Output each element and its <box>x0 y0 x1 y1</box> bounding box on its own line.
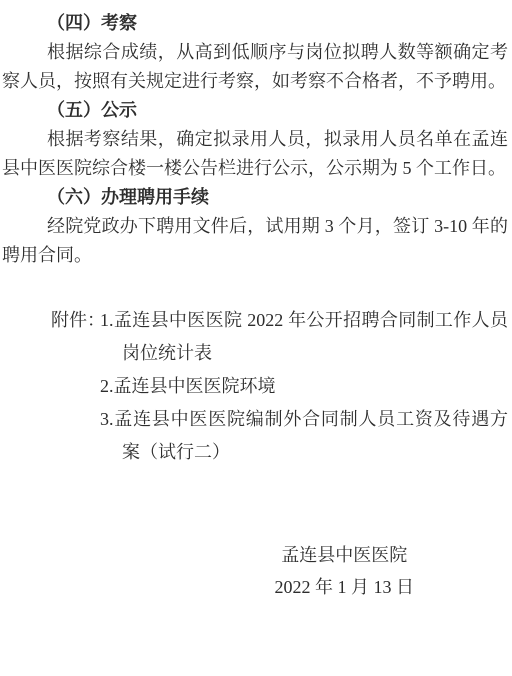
attachment-item-2: 2.孟连县中医医院环境 <box>100 370 508 403</box>
attachments-label: 附件： <box>51 304 105 337</box>
signature-date: 2022 年 1 月 13 日 <box>275 571 415 603</box>
attachment-item-1: 1.孟连县中医医院 2022 年公开招聘合同制工作人员岗位统计表 <box>100 304 508 370</box>
section-body-inspection: 根据综合成绩，从高到低顺序与岗位拟聘人数等额确定考察人员，按照有关规定进行考察，… <box>2 38 508 96</box>
section-body-publicity: 根据考察结果，确定拟录用人员，拟录用人员名单在孟连县中医医院综合楼一楼公告栏进行… <box>2 125 508 183</box>
section-heading-inspection: （四）考察 <box>2 9 508 38</box>
signature-block: 孟连县中医医院 2022 年 1 月 13 日 <box>275 539 415 603</box>
signature-organization: 孟连县中医医院 <box>275 539 415 571</box>
attachments-block: 附件： 1.孟连县中医医院 2022 年公开招聘合同制工作人员岗位统计表 2.孟… <box>2 304 508 469</box>
section-heading-publicity: （五）公示 <box>2 96 508 125</box>
attachment-item-3: 3.孟连县中医医院编制外合同制人员工资及待遇方案（试行二） <box>100 403 508 469</box>
section-heading-hiring-procedure: （六）办理聘用手续 <box>2 183 508 212</box>
document-page: （四）考察 根据综合成绩，从高到低顺序与岗位拟聘人数等额确定考察人员，按照有关规… <box>0 0 512 676</box>
section-body-hiring-procedure: 经院党政办下聘用文件后，试用期 3 个月，签订 3-10 年的聘用合同。 <box>2 212 508 270</box>
